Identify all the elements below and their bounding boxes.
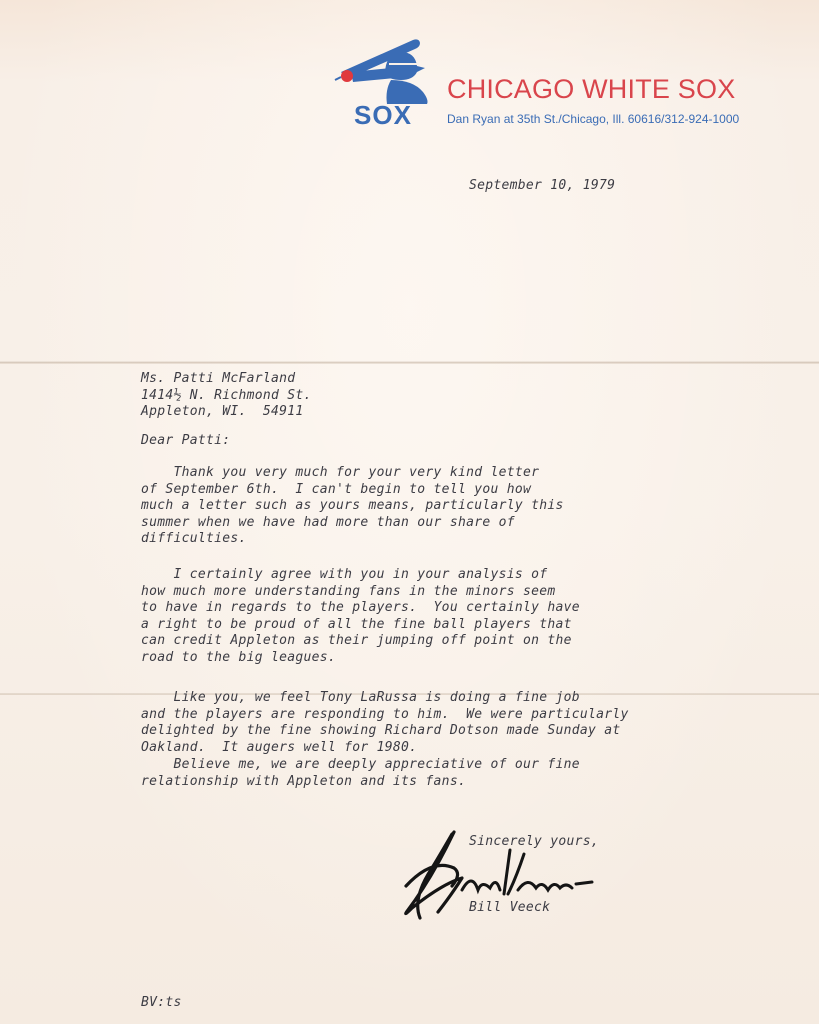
body-paragraph: I certainly agree with you in your analy…	[141, 567, 580, 666]
letter-date: September 10, 1979	[469, 178, 615, 195]
signer-name: Bill Veeck	[469, 900, 550, 917]
body-paragraph: Believe me, we are deeply appreciative o…	[141, 757, 580, 790]
reference-initials: BV:ts	[141, 995, 182, 1012]
letterhead: SOX CHICAGO WHITE SOX Dan Ryan at 35th S…	[333, 34, 803, 130]
white-sox-batter-logo-icon: SOX	[333, 34, 433, 126]
recipient-name: Ms. Patti McFarland	[141, 371, 295, 386]
recipient-city: Appleton, WI. 54911	[141, 404, 304, 419]
recipient-address: Ms. Patti McFarland 1414½ N. Richmond St…	[141, 371, 312, 421]
body-paragraph: Thank you very much for your very kind l…	[141, 465, 564, 548]
salutation: Dear Patti:	[141, 433, 230, 450]
body-paragraph: Like you, we feel Tony LaRussa is doing …	[141, 690, 629, 756]
fold-crease-upper	[0, 361, 819, 364]
recipient-street: 1414½ N. Richmond St.	[141, 388, 312, 403]
svg-text:SOX: SOX	[354, 100, 412, 126]
organization-name: CHICAGO WHITE SOX	[447, 74, 735, 105]
organization-address: Dan Ryan at 35th St./Chicago, Ill. 60616…	[447, 112, 739, 126]
